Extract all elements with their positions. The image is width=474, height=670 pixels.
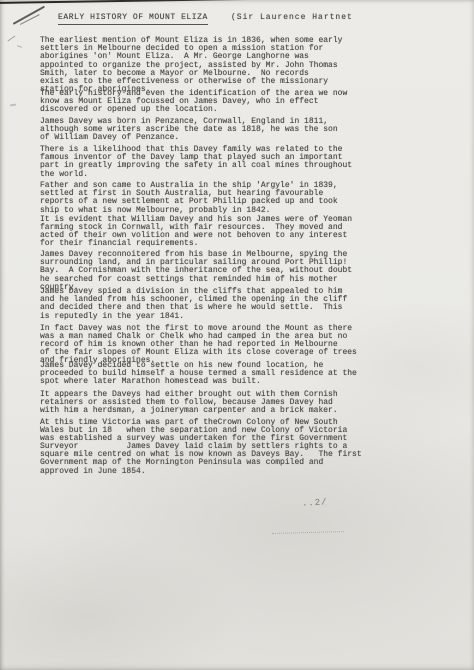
paragraph: Father and son came to Australia in the …	[40, 182, 380, 215]
text-line: is reputedly in the year 1841.	[40, 313, 380, 321]
document-body: The earliest mention of Mount Eliza is i…	[0, 0, 474, 670]
paragraph: James Davey spied a division in the clif…	[40, 288, 380, 321]
paragraph: At this time Victoria was part of theCro…	[40, 419, 380, 476]
paragraph: James Davey was born in Penzance, Cornwa…	[40, 118, 380, 143]
paragraph: The earliest mention of Mount Eliza is i…	[40, 37, 380, 94]
paragraph: It is evident that William Davey and his…	[40, 216, 380, 249]
paragraph: James Davey reconnoitered from his base …	[40, 251, 380, 292]
text-line: for their financial requirements.	[40, 240, 380, 248]
paragraph: The early history and even the identific…	[40, 90, 380, 115]
text-line: of William Davey of Penzance.	[40, 134, 380, 142]
text-line: ship to what is now Melbourne, probably …	[40, 207, 380, 215]
scanned-document-page: EARLY HISTORY OF MOUNT ELIZA (Sir Lauren…	[0, 0, 474, 670]
paragraph: James Davey decided to settle on his new…	[40, 362, 380, 387]
text-line: spot where later Marathon homestead was …	[40, 378, 380, 386]
text-line: he searched for coast settings that remi…	[40, 276, 380, 284]
page-number-mark: ..2/	[302, 497, 328, 508]
text-line: discovered or opened up the location.	[40, 106, 380, 114]
text-line: with him a herdsman, a joineryman carpen…	[40, 407, 380, 415]
paragraph: In fact Davey was not the first to move …	[40, 325, 380, 366]
paragraph: There is a likelihood that this Davey fa…	[40, 146, 380, 179]
text-line: the world.	[40, 171, 380, 179]
text-line: part in greatly improving the safety in …	[40, 162, 380, 170]
text-line: approved in June 1854.	[40, 468, 380, 476]
paragraph: It appears the Daveys had either brought…	[40, 391, 380, 416]
